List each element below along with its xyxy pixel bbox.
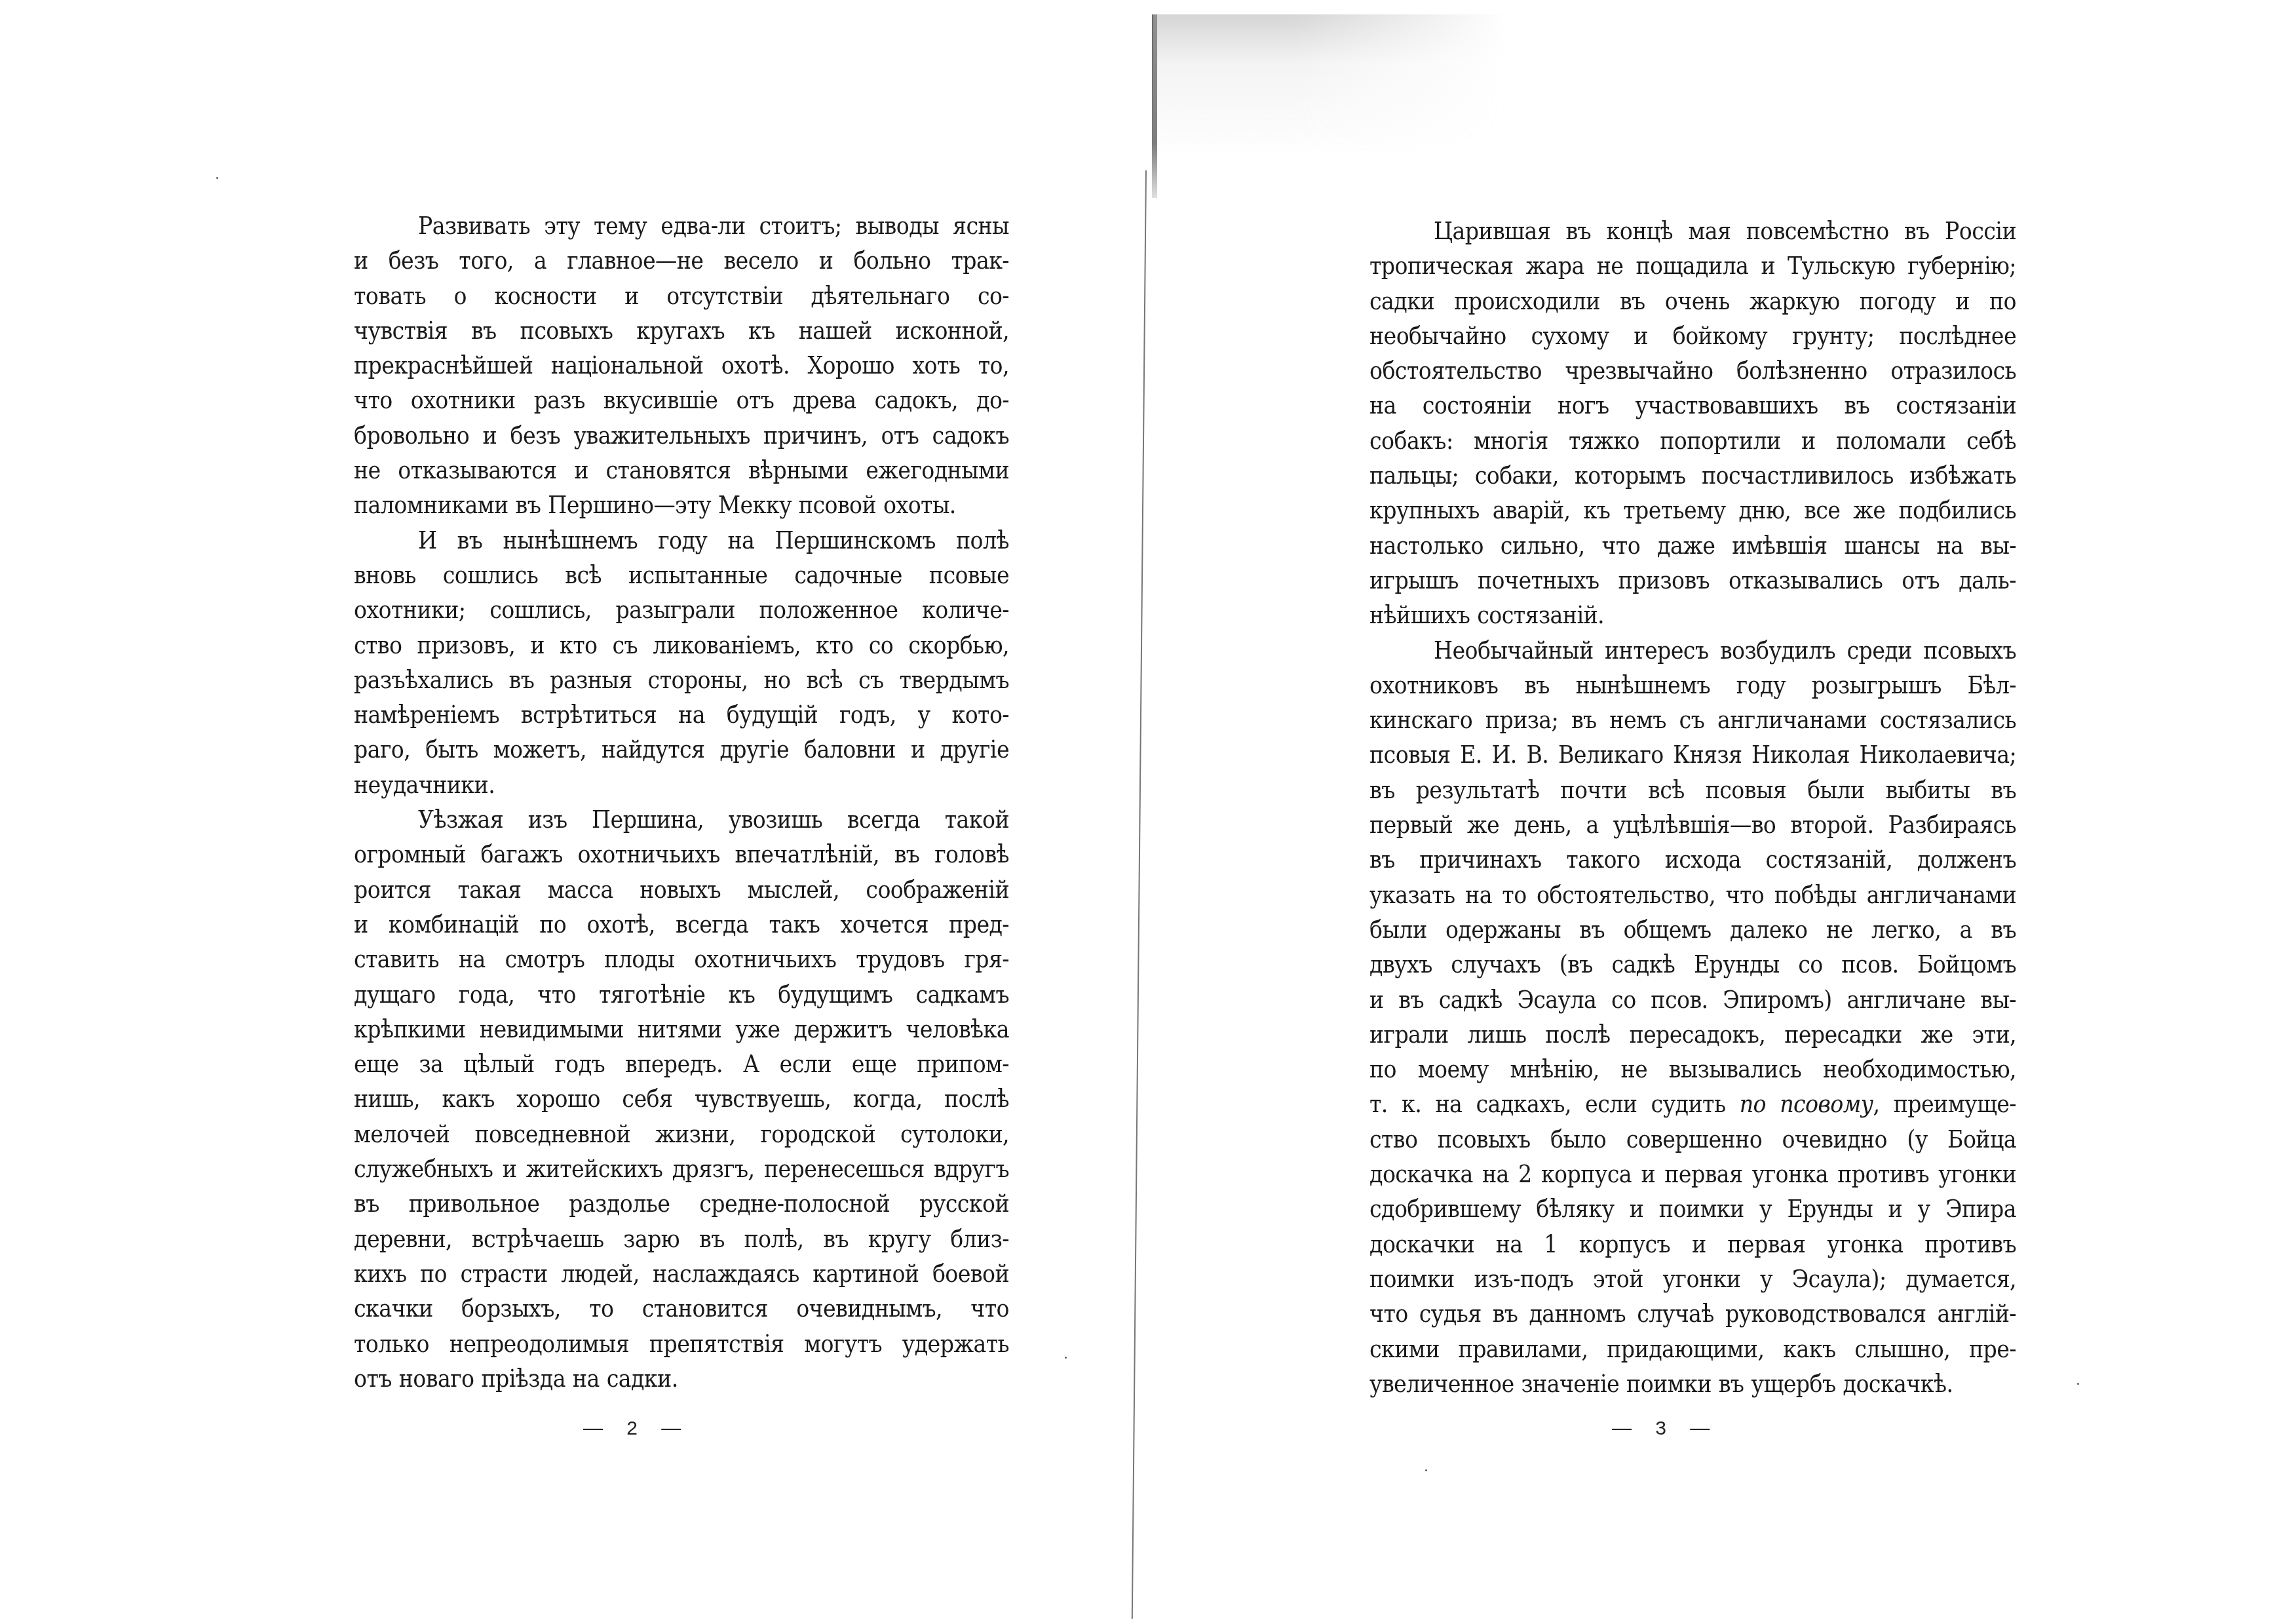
left-page: Развивать эту тему едва-ли стоитъ; вывод… bbox=[0, 0, 1143, 1624]
text-line: товать о косности и отсутствіи дѣятельна… bbox=[290, 279, 1009, 313]
text-line: т. к. на садкахъ, если судить по псовому… bbox=[1305, 1087, 2016, 1121]
text-line: что судья въ данномъ случаѣ руководствов… bbox=[1305, 1296, 2016, 1331]
page-number-left: — 2 — bbox=[583, 1418, 681, 1440]
text-line: обстоятельство чрезвычайно болѣзненно от… bbox=[1305, 353, 2016, 388]
scan-speck bbox=[1065, 1357, 1067, 1359]
scan-speck bbox=[2077, 1383, 2079, 1385]
text-line: поимки изъ-подъ этой угонки у Эсаула); д… bbox=[1305, 1262, 2016, 1296]
text-line: Развивать эту тему едва-ли стоитъ; вывод… bbox=[290, 208, 1009, 243]
text-line: служебныхъ и житейскихъ дрязгъ, перенесе… bbox=[290, 1151, 1009, 1186]
text-line: доскачка на 2 корпуса и первая угонка пр… bbox=[1305, 1157, 2016, 1191]
text-line: были одержаны въ общемъ далеко не легко,… bbox=[1305, 912, 2016, 947]
paragraph: И въ нынѣшнемъ году на Першинскомъ полѣв… bbox=[290, 523, 1009, 802]
text-line: и безъ того, а главное—не весело и больн… bbox=[290, 243, 1009, 278]
text-line: необычайно сухому и бойкому грунту; посл… bbox=[1305, 319, 2016, 353]
text-line: деревни, встрѣчаешь зарю въ полѣ, въ кру… bbox=[290, 1222, 1009, 1256]
text-line: кинскаго приза; въ немъ съ англичанами с… bbox=[1305, 703, 2016, 737]
text-line: двухъ случахъ (въ садкѣ Ерунды со псов. … bbox=[1305, 947, 2016, 982]
text-line: И въ нынѣшнемъ году на Першинскомъ полѣ bbox=[290, 523, 1009, 558]
text-line: скачки борзыхъ, то становится очевиднымъ… bbox=[290, 1291, 1009, 1326]
text-line: ство призовъ, и кто съ ликованіемъ, кто … bbox=[290, 628, 1009, 663]
text-line: мелочей повседневной жизни, городской су… bbox=[290, 1117, 1009, 1151]
italic-phrase: по псовому bbox=[1740, 1090, 1873, 1118]
text-line: ство псовыхъ было совершенно очевидно (у… bbox=[1305, 1122, 2016, 1157]
text-line: намѣреніемъ встрѣтиться на будущій годъ,… bbox=[290, 697, 1009, 732]
text-line: бровольно и безъ уважительныхъ причинъ, … bbox=[290, 418, 1009, 453]
text-line: не отказываются и становятся вѣрными еже… bbox=[290, 453, 1009, 488]
text-line: нишь, какъ хорошо себя чувствуешь, когда… bbox=[290, 1081, 1009, 1116]
text-line: что охотники разъ вкусившіе отъ древа са… bbox=[290, 383, 1009, 417]
text-line: въ привольное раздолье средне-полосной р… bbox=[290, 1186, 1009, 1221]
left-page-body-text: Развивать эту тему едва-ли стоитъ; вывод… bbox=[290, 208, 1009, 1396]
text-line: Уѣзжая изъ Першина, увозишь всегда такой bbox=[290, 802, 1009, 837]
text-line: скими правилами, придающими, какъ слышно… bbox=[1305, 1332, 2016, 1366]
text-line: прекраснѣйшей національной охотѣ. Хорошо… bbox=[290, 348, 1009, 383]
paragraph: Развивать эту тему едва-ли стоитъ; вывод… bbox=[290, 208, 1009, 523]
text-line: дущаго года, что тяготѣніе къ будущимъ с… bbox=[290, 977, 1009, 1012]
text-line: вновь сошлись всѣ испытанные садочные пс… bbox=[290, 558, 1009, 592]
text-line: тропическая жара не пощадила и Тульскую … bbox=[1305, 248, 2016, 283]
page-number-right: — 3 — bbox=[1612, 1418, 1710, 1440]
text-line: роится такая масса новыхъ мыслей, сообра… bbox=[290, 872, 1009, 907]
paragraph: Необычайный интересъ возбудилъ среди псо… bbox=[1305, 633, 2016, 1402]
text-line: и комбинацій по охотѣ, всегда такъ хочет… bbox=[290, 907, 1009, 942]
text-line: чувствія въ псовыхъ кругахъ къ нашей иск… bbox=[290, 313, 1009, 348]
text-line: неудачники. bbox=[290, 767, 1009, 802]
text-line: сдобрившему бѣляку и поимки у Ерунды и у… bbox=[1305, 1191, 2016, 1226]
text-line: охотниковъ въ нынѣшнемъ году розыгрышъ Б… bbox=[1305, 668, 2016, 703]
text-line: и въ садкѣ Эсаула со псов. Эпиромъ) англ… bbox=[1305, 982, 2016, 1017]
paragraph: Уѣзжая изъ Першина, увозишь всегда такой… bbox=[290, 802, 1009, 1396]
text-line: въ результатѣ почти всѣ псовыя были выби… bbox=[1305, 773, 2016, 807]
text-line: въ причинахъ такого исхода состязаній, д… bbox=[1305, 842, 2016, 877]
text-line: крупныхъ аварій, къ третьему дню, все же… bbox=[1305, 493, 2016, 528]
paragraph: Царившая въ концѣ мая повсемѣстно въ Рос… bbox=[1305, 214, 2016, 633]
text-line: отъ новаго пріѣзда на садки. bbox=[290, 1361, 1009, 1396]
text-line: играли лишь послѣ пересадокъ, пересадки … bbox=[1305, 1017, 2016, 1052]
text-line: крѣпкими невидимыми нитями уже держитъ ч… bbox=[290, 1012, 1009, 1047]
text-line: огромный багажъ охотничьихъ впечатлѣній,… bbox=[290, 837, 1009, 872]
text-line: разъѣхались въ разныя стороны, но всѣ съ… bbox=[290, 663, 1009, 697]
text-line: только непреодолимыя препятствія могутъ … bbox=[290, 1326, 1009, 1361]
text-line: игрышъ почетныхъ призовъ отказывались от… bbox=[1305, 563, 2016, 598]
text-line: псовыя Е. И. В. Великаго Князя Николая Н… bbox=[1305, 737, 2016, 772]
text-line: по моему мнѣнію, не вызывались необходим… bbox=[1305, 1052, 2016, 1087]
text-line: кихъ по страсти людей, наслаждаясь карти… bbox=[290, 1256, 1009, 1291]
text-line: ставить на смотръ плоды охотничьихъ труд… bbox=[290, 942, 1009, 976]
text-line: увеличенное значеніе поимки въ ущербъ до… bbox=[1305, 1366, 2016, 1401]
text-line: раго, быть можетъ, найдутся другіе балов… bbox=[290, 732, 1009, 767]
text-line: указать на то обстоятельство, что побѣды… bbox=[1305, 878, 2016, 912]
text-line: Необычайный интересъ возбудилъ среди псо… bbox=[1305, 633, 2016, 668]
text-line: охотники; сошлись, разыграли положенное … bbox=[290, 592, 1009, 627]
scan-speck bbox=[216, 177, 218, 179]
text-line: собакъ: многія тяжко попортили и поломал… bbox=[1305, 423, 2016, 458]
text-line: пальцы; собаки, которымъ посчастливилось… bbox=[1305, 458, 2016, 493]
text-line: еще за цѣлый годъ впередъ. А если еще пр… bbox=[290, 1047, 1009, 1081]
text-line: доскачки на 1 корпусъ и первая угонка пр… bbox=[1305, 1227, 2016, 1262]
text-line: нѣйшихъ состязаній. bbox=[1305, 598, 2016, 632]
text-line: первый же день, а уцѣлѣвшія—во второй. Р… bbox=[1305, 807, 2016, 842]
text-line: на состояніи ногъ участвовавшихъ въ сост… bbox=[1305, 388, 2016, 423]
text-line: настолько сильно, что даже имѣвшія шансы… bbox=[1305, 528, 2016, 563]
text-line: садки происходили въ очень жаркую погоду… bbox=[1305, 284, 2016, 319]
right-page-body-text: Царившая въ концѣ мая повсемѣстно въ Рос… bbox=[1305, 214, 2016, 1401]
text-line: паломниками въ Першино—эту Мекку псовой … bbox=[290, 488, 1009, 522]
scan-speck bbox=[1425, 1469, 1427, 1471]
text-line: Царившая въ концѣ мая повсемѣстно въ Рос… bbox=[1305, 214, 2016, 248]
right-page: Царившая въ концѣ мая повсемѣстно въ Рос… bbox=[1143, 0, 2296, 1624]
